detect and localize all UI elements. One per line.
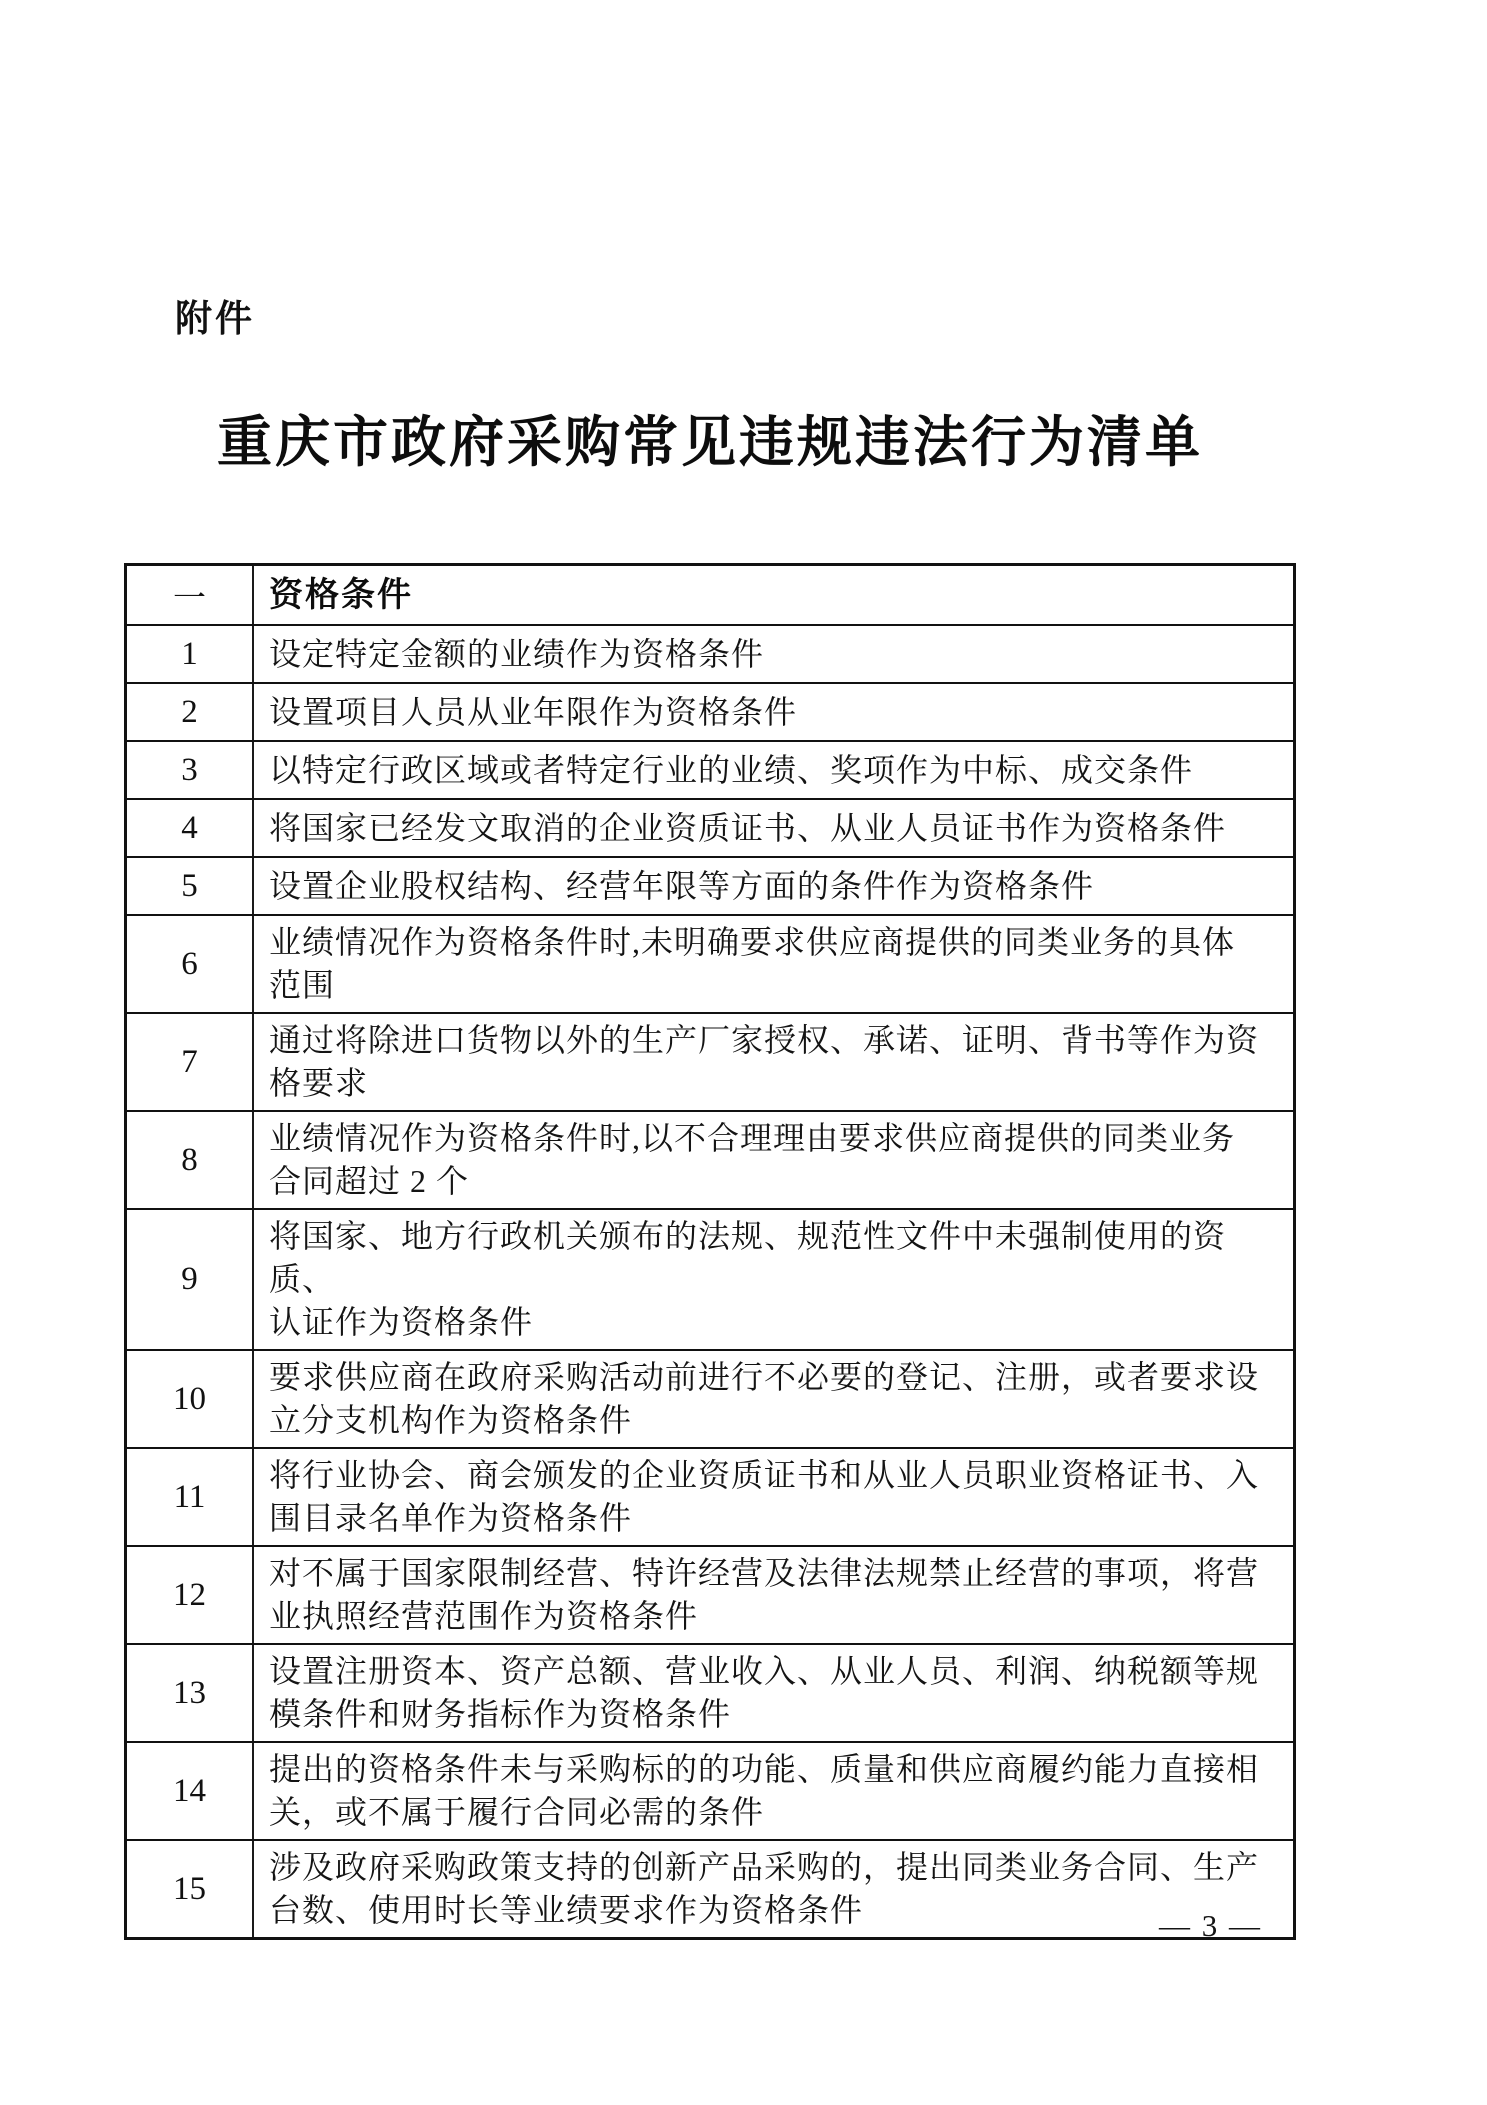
row-number: 10 xyxy=(127,1351,254,1447)
row-number: 15 xyxy=(127,1841,254,1937)
row-text-cell: 设定特定金额的业绩作为资格条件 xyxy=(254,626,1293,682)
row-text: 设置注册资本、资产总额、营业收入、从业人员、利润、纳税额等规 模条件和财务指标作… xyxy=(269,1650,1259,1736)
row-text-cell: 将行业协会、商会颁发的企业资质证书和从业人员职业资格证书、入 围目录名单作为资格… xyxy=(254,1449,1293,1545)
table-row: 14 提出的资格条件未与采购标的的功能、质量和供应商履约能力直接相 关，或不属于… xyxy=(127,1741,1293,1839)
row-number: 13 xyxy=(127,1645,254,1741)
table-row: 10 要求供应商在政府采购活动前进行不必要的登记、注册，或者要求设 立分支机构作… xyxy=(127,1349,1293,1447)
row-number: 9 xyxy=(127,1210,254,1349)
table-row: 11 将行业协会、商会颁发的企业资质证书和从业人员职业资格证书、入 围目录名单作… xyxy=(127,1447,1293,1545)
row-text: 设置项目人员从业年限作为资格条件 xyxy=(269,691,797,734)
row-text: 提出的资格条件未与采购标的的功能、质量和供应商履约能力直接相 关，或不属于履行合… xyxy=(269,1748,1259,1834)
table-row: 8 业绩情况作为资格条件时,以不合理理由要求供应商提供的同类业务 合同超过 2 … xyxy=(127,1110,1293,1208)
row-text-cell: 业绩情况作为资格条件时,以不合理理由要求供应商提供的同类业务 合同超过 2 个 xyxy=(254,1112,1293,1208)
row-number: 7 xyxy=(127,1014,254,1110)
table-row: 9 将国家、地方行政机关颁布的法规、规范性文件中未强制使用的资质、 认证作为资格… xyxy=(127,1208,1293,1349)
row-number: 6 xyxy=(127,916,254,1012)
attachment-label: 附件 xyxy=(175,288,255,342)
document-page: 附件 重庆市政府采购常见违规违法行为清单 一 资格条件 1 设定特定金额的业绩作… xyxy=(0,0,1487,2105)
row-number: 1 xyxy=(127,626,254,682)
row-number: 12 xyxy=(127,1547,254,1643)
page-title: 重庆市政府采购常见违规违法行为清单 xyxy=(124,398,1296,477)
row-text: 要求供应商在政府采购活动前进行不必要的登记、注册，或者要求设 立分支机构作为资格… xyxy=(269,1356,1259,1442)
row-text: 涉及政府采购政策支持的创新产品采购的，提出同类业务合同、生产 台数、使用时长等业… xyxy=(269,1846,1259,1932)
table-row: 5 设置企业股权结构、经营年限等方面的条件作为资格条件 xyxy=(127,856,1293,914)
row-text: 业绩情况作为资格条件时,以不合理理由要求供应商提供的同类业务 合同超过 2 个 xyxy=(269,1117,1235,1203)
row-text: 设定特定金额的业绩作为资格条件 xyxy=(269,633,764,676)
table-row: 2 设置项目人员从业年限作为资格条件 xyxy=(127,682,1293,740)
row-text: 对不属于国家限制经营、特许经营及法律法规禁止经营的事项，将营 业执照经营范围作为… xyxy=(269,1552,1259,1638)
row-text-cell: 要求供应商在政府采购活动前进行不必要的登记、注册，或者要求设 立分支机构作为资格… xyxy=(254,1351,1293,1447)
row-text: 将国家已经发文取消的企业资质证书、从业人员证书作为资格条件 xyxy=(269,807,1226,850)
table-row: 1 设定特定金额的业绩作为资格条件 xyxy=(127,624,1293,682)
row-text: 通过将除进口货物以外的生产厂家授权、承诺、证明、背书等作为资 格要求 xyxy=(269,1019,1259,1105)
row-number: 11 xyxy=(127,1449,254,1545)
table-row: 4 将国家已经发文取消的企业资质证书、从业人员证书作为资格条件 xyxy=(127,798,1293,856)
table-row: 12 对不属于国家限制经营、特许经营及法律法规禁止经营的事项，将营 业执照经营范… xyxy=(127,1545,1293,1643)
row-text: 以特定行政区域或者特定行业的业绩、奖项作为中标、成交条件 xyxy=(269,749,1193,792)
row-text-cell: 提出的资格条件未与采购标的的功能、质量和供应商履约能力直接相 关，或不属于履行合… xyxy=(254,1743,1293,1839)
table-row: 3 以特定行政区域或者特定行业的业绩、奖项作为中标、成交条件 xyxy=(127,740,1293,798)
row-text-cell: 将国家、地方行政机关颁布的法规、规范性文件中未强制使用的资质、 认证作为资格条件 xyxy=(254,1210,1293,1349)
row-number: 5 xyxy=(127,858,254,914)
row-text-cell: 设置项目人员从业年限作为资格条件 xyxy=(254,684,1293,740)
row-number: 3 xyxy=(127,742,254,798)
row-text: 设置企业股权结构、经营年限等方面的条件作为资格条件 xyxy=(269,865,1094,908)
table-header-row: 一 资格条件 xyxy=(127,566,1293,624)
table-row: 13 设置注册资本、资产总额、营业收入、从业人员、利润、纳税额等规 模条件和财务… xyxy=(127,1643,1293,1741)
header-number-cell: 一 xyxy=(127,566,254,624)
table-row: 7 通过将除进口货物以外的生产厂家授权、承诺、证明、背书等作为资 格要求 xyxy=(127,1012,1293,1110)
row-text-cell: 涉及政府采购政策支持的创新产品采购的，提出同类业务合同、生产 台数、使用时长等业… xyxy=(254,1841,1293,1937)
row-text-cell: 将国家已经发文取消的企业资质证书、从业人员证书作为资格条件 xyxy=(254,800,1293,856)
row-text: 将行业协会、商会颁发的企业资质证书和从业人员职业资格证书、入 围目录名单作为资格… xyxy=(269,1454,1259,1540)
table-row: 6 业绩情况作为资格条件时,未明确要求供应商提供的同类业务的具体 范围 xyxy=(127,914,1293,1012)
violations-table: 一 资格条件 1 设定特定金额的业绩作为资格条件 2 设置项目人员从业年限作为资… xyxy=(124,563,1296,1940)
row-text-cell: 业绩情况作为资格条件时,未明确要求供应商提供的同类业务的具体 范围 xyxy=(254,916,1293,1012)
row-text-cell: 设置企业股权结构、经营年限等方面的条件作为资格条件 xyxy=(254,858,1293,914)
row-text-cell: 设置注册资本、资产总额、营业收入、从业人员、利润、纳税额等规 模条件和财务指标作… xyxy=(254,1645,1293,1741)
header-label-cell: 资格条件 xyxy=(254,566,1293,624)
row-number: 8 xyxy=(127,1112,254,1208)
table-row: 15 涉及政府采购政策支持的创新产品采购的，提出同类业务合同、生产 台数、使用时… xyxy=(127,1839,1293,1937)
row-text-cell: 对不属于国家限制经营、特许经营及法律法规禁止经营的事项，将营 业执照经营范围作为… xyxy=(254,1547,1293,1643)
row-text-cell: 以特定行政区域或者特定行业的业绩、奖项作为中标、成交条件 xyxy=(254,742,1293,798)
header-label: 资格条件 xyxy=(269,574,413,617)
row-text: 业绩情况作为资格条件时,未明确要求供应商提供的同类业务的具体 范围 xyxy=(269,921,1235,1007)
row-text: 将国家、地方行政机关颁布的法规、规范性文件中未强制使用的资质、 认证作为资格条件 xyxy=(269,1215,1287,1344)
row-text-cell: 通过将除进口货物以外的生产厂家授权、承诺、证明、背书等作为资 格要求 xyxy=(254,1014,1293,1110)
row-number: 2 xyxy=(127,684,254,740)
row-number: 14 xyxy=(127,1743,254,1839)
page-number: — 3 — xyxy=(1159,1908,1262,1944)
row-number: 4 xyxy=(127,800,254,856)
